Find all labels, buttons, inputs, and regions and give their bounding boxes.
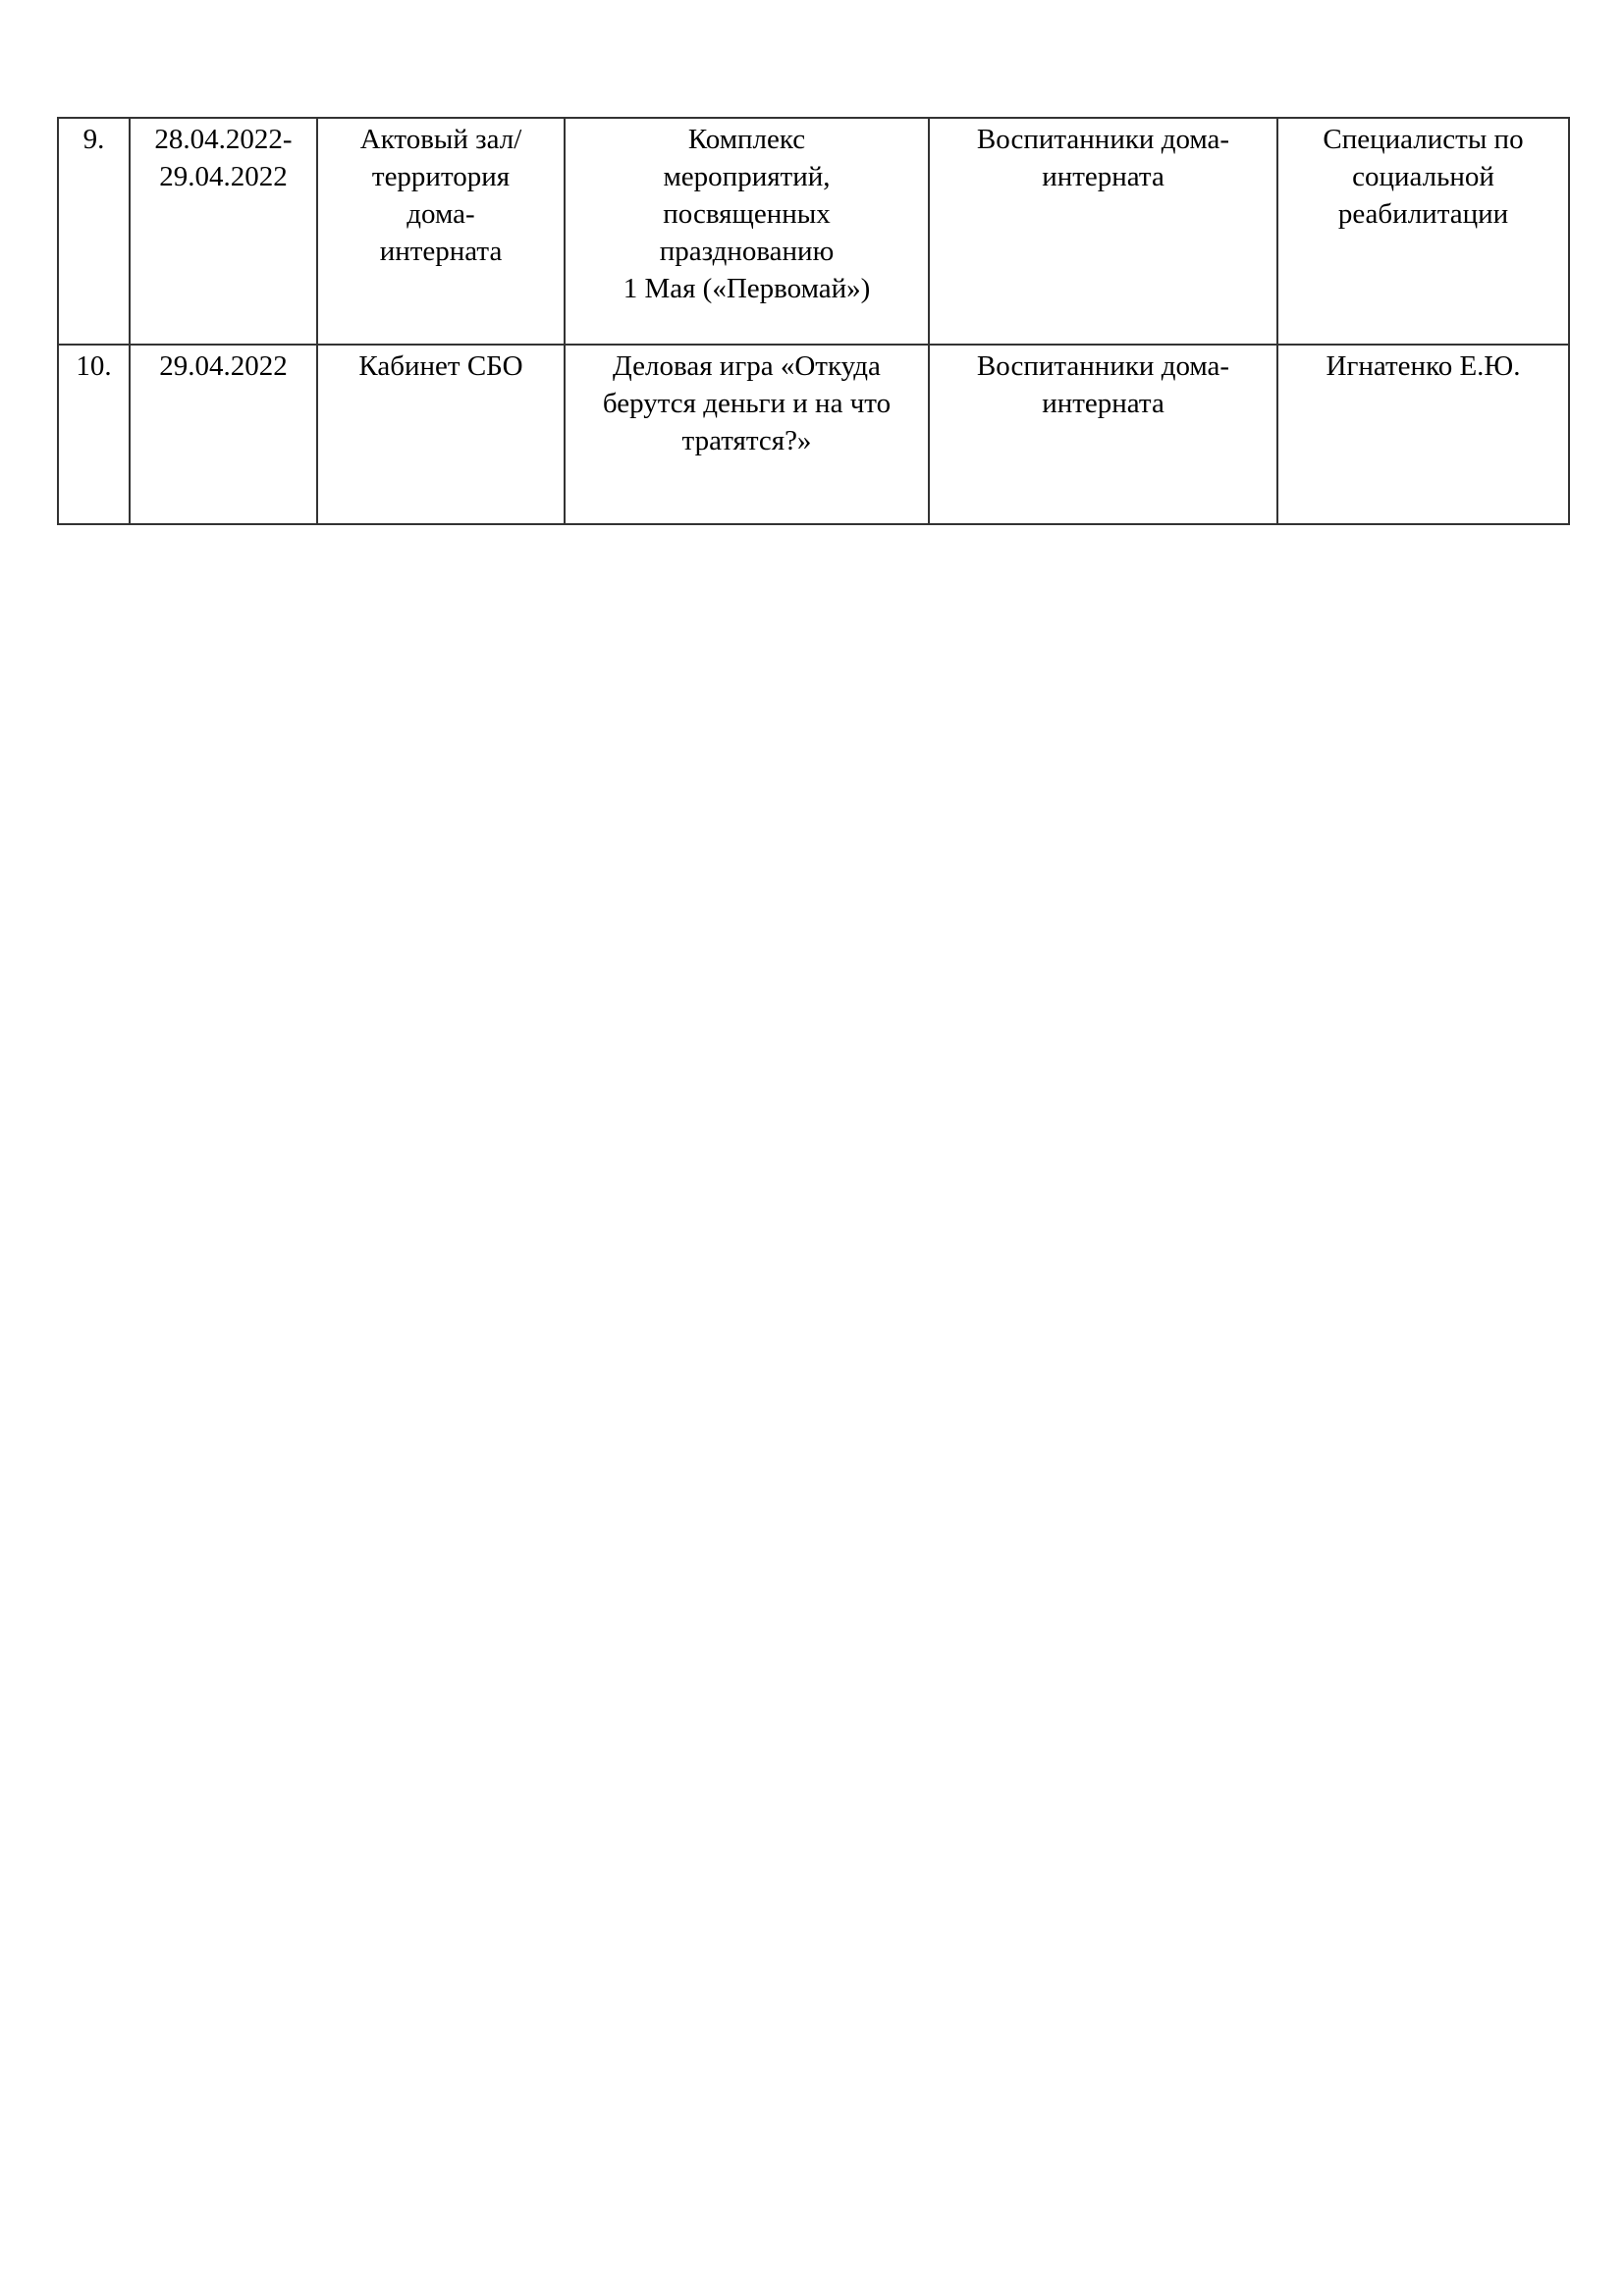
cell-event: Деловая игра «Откуда берутся деньги и на… (565, 345, 929, 524)
cell-responsible: Специалисты по социальной реабилитации (1277, 118, 1569, 345)
events-table: 9. 28.04.2022- 29.04.2022 Актовый зал/ т… (57, 117, 1570, 525)
cell-participants: Воспитанники дома- интерната (929, 345, 1277, 524)
cell-event: Комплекс мероприятий, посвященных праздн… (565, 118, 929, 345)
table-row: 10. 29.04.2022 Кабинет СБО Деловая игра … (58, 345, 1569, 524)
cell-participants: Воспитанники дома- интерната (929, 118, 1277, 345)
cell-number: 9. (58, 118, 130, 345)
table-row: 9. 28.04.2022- 29.04.2022 Актовый зал/ т… (58, 118, 1569, 345)
cell-responsible: Игнатенко Е.Ю. (1277, 345, 1569, 524)
cell-date: 28.04.2022- 29.04.2022 (130, 118, 317, 345)
cell-date: 29.04.2022 (130, 345, 317, 524)
cell-place: Кабинет СБО (317, 345, 565, 524)
cell-place: Актовый зал/ территория дома- интерната (317, 118, 565, 345)
cell-number: 10. (58, 345, 130, 524)
